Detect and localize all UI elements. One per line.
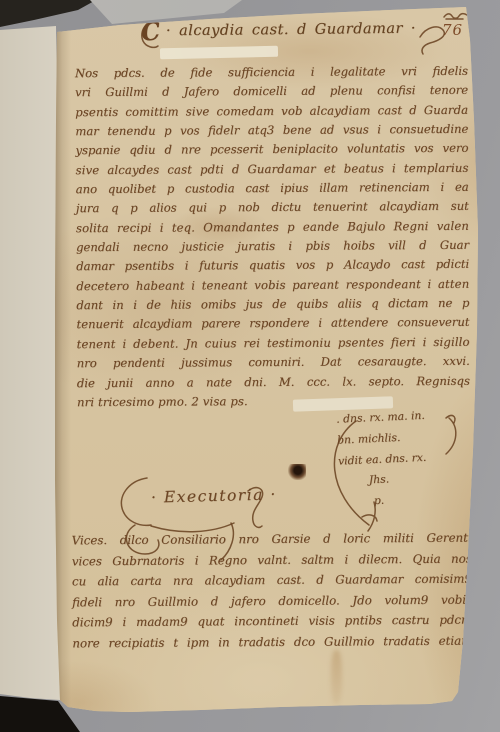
text-line: decetero habeant i teneant vobis pareant… (76, 275, 469, 297)
text-line: fideli nro Guillmio d jafero domicello. … (72, 589, 472, 612)
manuscript-page: C · alcaydia cast. d Guardamar · 76 Nos … (0, 0, 500, 732)
folio-corner-squiggle-icon (444, 14, 467, 19)
ink-blot (288, 464, 306, 480)
gutter-shadow (55, 25, 71, 709)
text-line: vri Guillmi d Jafero domicelli ad plenu … (75, 81, 468, 103)
chancery-note: . dns. rx. ma. in. bn. michlis. vidit ea… (336, 404, 462, 513)
manuscript-photo: C · alcaydia cast. d Guardamar · 76 Nos … (0, 0, 500, 732)
repair-strip-top (160, 46, 278, 59)
text-line: mar tenendu p vos fidelr atq3 bene ad vs… (75, 120, 468, 142)
text-line: tenuerit alcaydiam parere rspondere i at… (76, 313, 469, 335)
text-line: damar psentibs i futuris quatis vos p Al… (76, 255, 469, 277)
text-line: die junii anno a nate dni. M. ccc. lx. s… (77, 371, 470, 393)
text-line: nore recipiatis t ipm in tradatis dco Gu… (72, 631, 472, 654)
note-line: p. (339, 487, 462, 513)
page-title: · alcaydia cast. d Guardamar · (166, 21, 416, 40)
header-end-flourish-icon (420, 27, 444, 54)
letter-text-block-2: Vices. dilco Consiliario nro Garsie d lo… (72, 528, 473, 654)
text-line: ano quolibet p custodia cast ipius illam… (76, 178, 469, 200)
text-line: cu alia carta nra alcaydiam cast. d Guar… (72, 569, 472, 592)
text-line: yspanie qdiu d nre pcesserit beniplacito… (75, 139, 468, 161)
text-line: dicim9 i madam9 quat incontineti visis p… (72, 610, 472, 633)
text-line: nro pendenti jussimus comuniri. Dat cesa… (77, 352, 470, 374)
text-line: Nos pdcs. de fide sufficiencia i legalit… (75, 62, 468, 84)
text-line: gendali necno justicie juratis i pbis ho… (76, 236, 469, 258)
text-line: sive alcaydes cast pdti d Guardamar et b… (76, 159, 469, 181)
section-heading: · Executoria · (151, 485, 277, 506)
text-line: tenent i debent. Jn cuius rei testimoniu… (77, 333, 470, 355)
folio-number: 76 (442, 21, 463, 39)
text-line: psentis comittim sive comedam vob alcayd… (75, 100, 468, 122)
text-line: solita recipi i teq. Omandantes p eande … (76, 217, 469, 239)
letter-text-block-1: Nos pdcs. de fide sufficiencia i legalit… (75, 62, 470, 413)
text-line: Vices. dilco Consiliario nro Garsie d lo… (72, 528, 472, 551)
stain-streak (331, 650, 342, 704)
text-line: vices Gubrnatoris i Regno valnt. saltm i… (72, 548, 472, 571)
text-line: dant in i de hiis omibs jus de quibs ali… (76, 294, 469, 316)
text-line: jura q p alios qui p nob dictu tenuerint… (76, 197, 469, 219)
